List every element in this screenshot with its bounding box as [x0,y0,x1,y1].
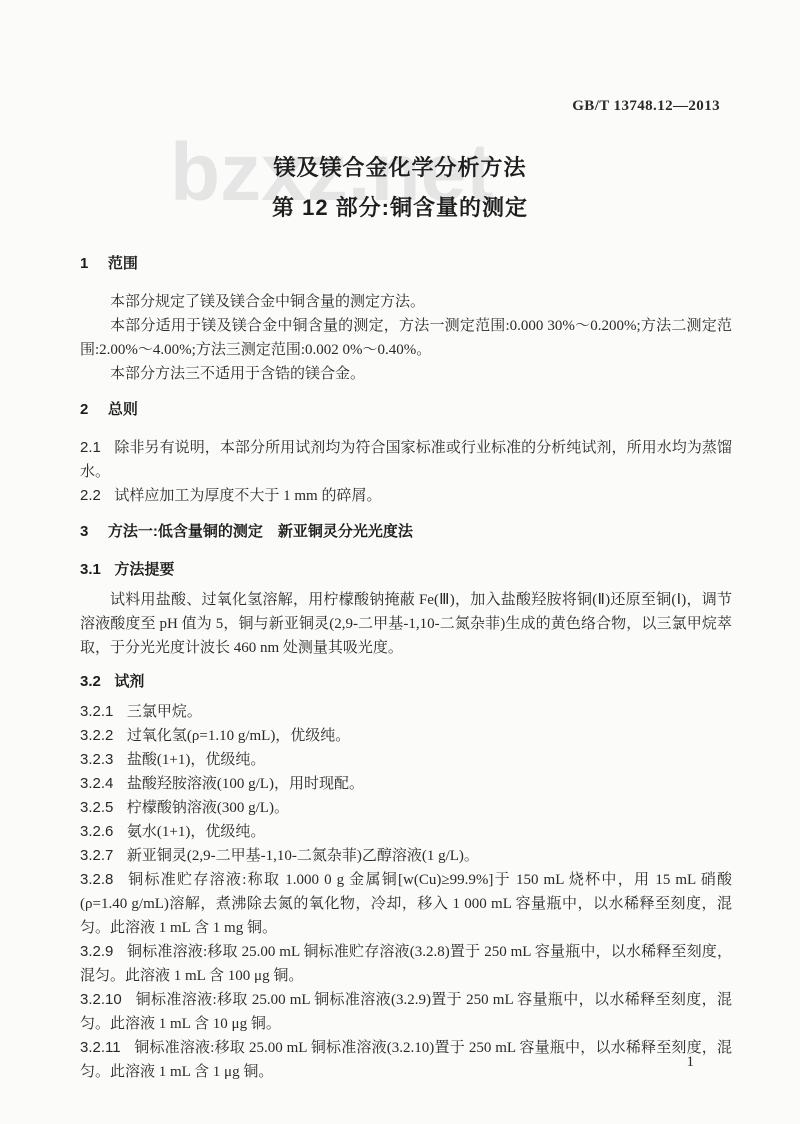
clause-number: 2.1 [80,439,101,456]
clause-text: 盐酸(1+1)，优级纯。 [127,752,265,768]
document-page: GB/T 13748.12—2013 bzxz.net 镁及镁合金化学分析方法 … [0,0,800,1124]
clause-text: 本部分规定了镁及镁合金中铜含量的测定方法。 [110,294,425,310]
clause-text: 铜标准溶液:移取 25.00 mL 铜标准溶液(3.2.9)置于 250 mL … [80,992,732,1032]
paragraph-method-summary: 试料用盐酸、过氧化氢溶解，用柠檬酸钠掩蔽 Fe(Ⅲ)，加入盐酸羟胺将铜(Ⅱ)还原… [80,588,732,660]
document-title-line2: 第 12 部分:铜含量的测定 [0,188,800,228]
clause-number: 3.2.6 [80,823,113,840]
clause-number: 3.2.9 [80,943,113,960]
standard-number: GB/T 13748.12—2013 [572,98,720,115]
clause-3-2-5: 3.2.5柠檬酸钠溶液(300 g/L)。 [80,796,732,820]
clause-number: 3.2.10 [80,991,122,1008]
clause-number: 3.2.2 [80,727,113,744]
clause-text: 方法提要 [114,561,174,578]
clause-text: 本部分适用于镁及镁合金中铜含量的测定，方法一测定范围:0.000 30%～0.2… [80,318,732,358]
clause-3-2-9: 3.2.9铜标准溶液:移取 25.00 mL 铜标准贮存溶液(3.2.8)置于 … [80,940,732,988]
clause-number: 3.2.8 [80,871,113,888]
paragraph-scope-1: 本部分规定了镁及镁合金中铜含量的测定方法。 [80,290,732,314]
page-number: 1 [687,1054,695,1071]
clause-text: 试样应加工为厚度不大于 1 mm 的碎屑。 [114,488,381,504]
clause-number: 3.1 [80,561,101,578]
section-heading-scope: 1范围 [80,252,732,276]
clause-3-2-8: 3.2.8铜标准贮存溶液:称取 1.000 0 g 金属铜[w(Cu)≥99.9… [80,868,732,940]
subsection-heading-3-1: 3.1方法提要 [80,558,732,582]
clause-3-2-3: 3.2.3盐酸(1+1)，优级纯。 [80,748,732,772]
clause-text: 柠檬酸钠溶液(300 g/L)。 [127,800,289,816]
clause-3-2-4: 3.2.4盐酸羟胺溶液(100 g/L)，用时现配。 [80,772,732,796]
clause-text: 铜标准溶液:移取 25.00 mL 铜标准贮存溶液(3.2.8)置于 250 m… [80,944,732,984]
clause-3-2-2: 3.2.2过氧化氢(ρ=1.10 g/mL)，优级纯。 [80,724,732,748]
clause-text: 铜标准溶液:移取 25.00 mL 铜标准溶液(3.2.10)置于 250 mL… [80,1040,732,1080]
clause-number: 2.2 [80,487,101,504]
section-heading-method1: 3方法一:低含量铜的测定 新亚铜灵分光光度法 [80,520,732,544]
clause-number: 3.2 [80,673,101,690]
paragraph-scope-3: 本部分方法三不适用于含锆的镁合金。 [80,362,732,386]
clause-text: 新亚铜灵(2,9-二甲基-1,10-二氮杂菲)乙醇溶液(1 g/L)。 [127,848,479,864]
clause-number: 3.2.5 [80,799,113,816]
clause-number: 3.2.1 [80,703,113,720]
clause-number: 3 [80,523,88,540]
clause-text: 三氯甲烷。 [127,704,202,720]
clause-3-2-7: 3.2.7新亚铜灵(2,9-二甲基-1,10-二氮杂菲)乙醇溶液(1 g/L)。 [80,844,732,868]
clause-text: 试料用盐酸、过氧化氢溶解，用柠檬酸钠掩蔽 Fe(Ⅲ)，加入盐酸羟胺将铜(Ⅱ)还原… [80,592,732,656]
clause-text: 过氧化氢(ρ=1.10 g/mL)，优级纯。 [127,728,350,744]
document-title: 镁及镁合金化学分析方法 第 12 部分:铜含量的测定 [0,148,800,228]
paragraph-scope-2: 本部分适用于镁及镁合金中铜含量的测定，方法一测定范围:0.000 30%～0.2… [80,314,732,362]
clause-text: 方法一:低含量铜的测定 新亚铜灵分光光度法 [108,523,413,540]
document-body: 1范围本部分规定了镁及镁合金中铜含量的测定方法。本部分适用于镁及镁合金中铜含量的… [80,252,732,1084]
clause-text: 氨水(1+1)，优级纯。 [127,824,265,840]
clause-3-2-10: 3.2.10铜标准溶液:移取 25.00 mL 铜标准溶液(3.2.9)置于 2… [80,988,732,1036]
clause-number: 3.2.7 [80,847,113,864]
clause-3-2-1: 3.2.1三氯甲烷。 [80,700,732,724]
clause-number: 2 [80,401,88,418]
clause-number: 3.2.11 [80,1039,121,1056]
clause-3-2-6: 3.2.6氨水(1+1)，优级纯。 [80,820,732,844]
document-title-line1: 镁及镁合金化学分析方法 [0,148,800,188]
subsection-heading-3-2: 3.2试剂 [80,670,732,694]
clause-text: 试剂 [114,673,144,690]
clause-text: 总则 [108,401,138,418]
clause-number: 3.2.4 [80,775,113,792]
clause-text: 铜标准贮存溶液:称取 1.000 0 g 金属铜[w(Cu)≥99.9%]于 1… [80,872,732,936]
clause-number: 3.2.3 [80,751,113,768]
clause-text: 盐酸羟胺溶液(100 g/L)，用时现配。 [127,776,364,792]
clause-2-2: 2.2试样应加工为厚度不大于 1 mm 的碎屑。 [80,484,732,508]
section-heading-general: 2总则 [80,398,732,422]
clause-text: 范围 [108,255,138,272]
clause-text: 除非另有说明，本部分所用试剂均为符合国家标准或行业标准的分析纯试剂，所用水均为蒸… [80,440,732,480]
clause-text: 本部分方法三不适用于含锆的镁合金。 [110,366,365,382]
clause-2-1: 2.1除非另有说明，本部分所用试剂均为符合国家标准或行业标准的分析纯试剂，所用水… [80,436,732,484]
clause-3-2-11: 3.2.11铜标准溶液:移取 25.00 mL 铜标准溶液(3.2.10)置于 … [80,1036,732,1084]
clause-number: 1 [80,255,88,272]
